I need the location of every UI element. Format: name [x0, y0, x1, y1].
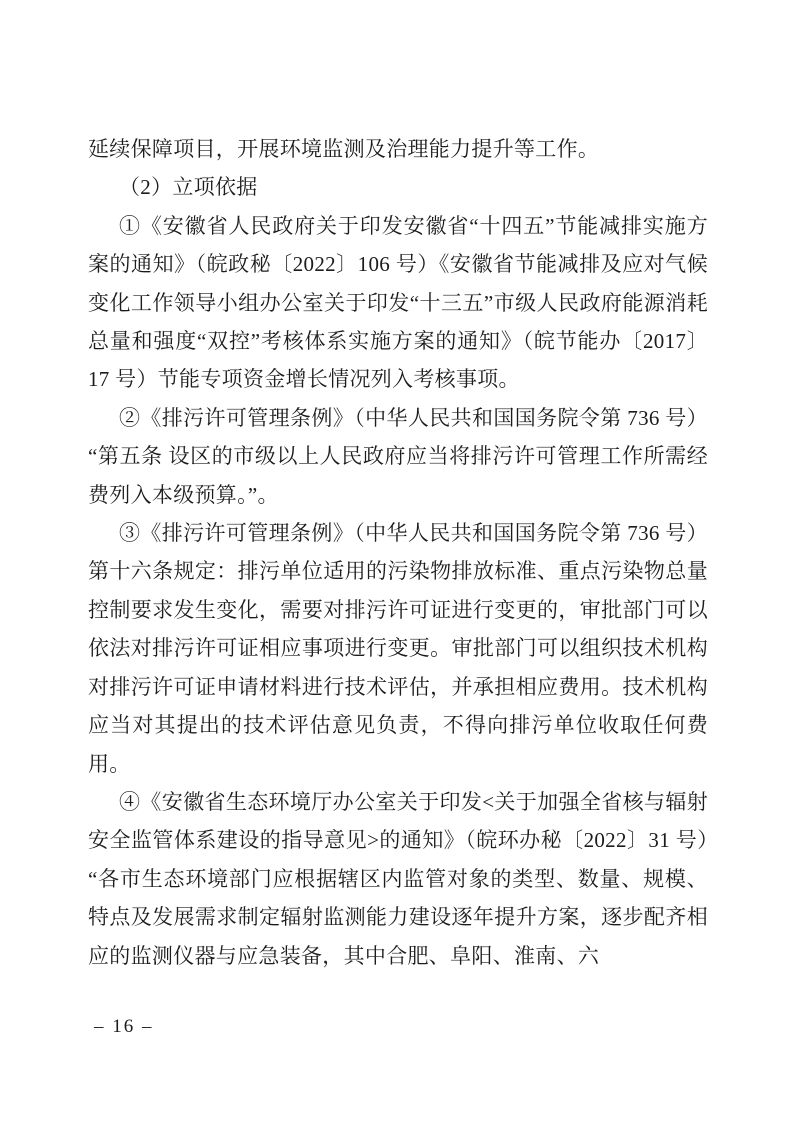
body-text: 延续保障项目，开展环境监测及治理能力提升等工作。（2）立项依据①《安徽省人民政府…	[88, 130, 708, 975]
paragraph: ③《排污许可管理条例》（中华人民共和国国务院令第 736 号）第十六条规定：排污…	[88, 514, 708, 783]
paragraph: ②《排污许可管理条例》（中华人民共和国国务院令第 736 号）“第五条 设区的市…	[88, 399, 708, 514]
paragraph: 延续保障项目，开展环境监测及治理能力提升等工作。	[88, 130, 708, 168]
page-number: – 16 –	[94, 1012, 154, 1042]
paragraph: （2）立项依据	[88, 168, 708, 206]
paragraph: ①《安徽省人民政府关于印发安徽省“十四五”节能减排实施方案的通知》（皖政秘〔20…	[88, 207, 708, 399]
paragraph: ④《安徽省生态环境厅办公室关于印发<关于加强全省核与辐射安全监管体系建设的指导意…	[88, 783, 708, 975]
document-page: 延续保障项目，开展环境监测及治理能力提升等工作。（2）立项依据①《安徽省人民政府…	[0, 0, 793, 1122]
